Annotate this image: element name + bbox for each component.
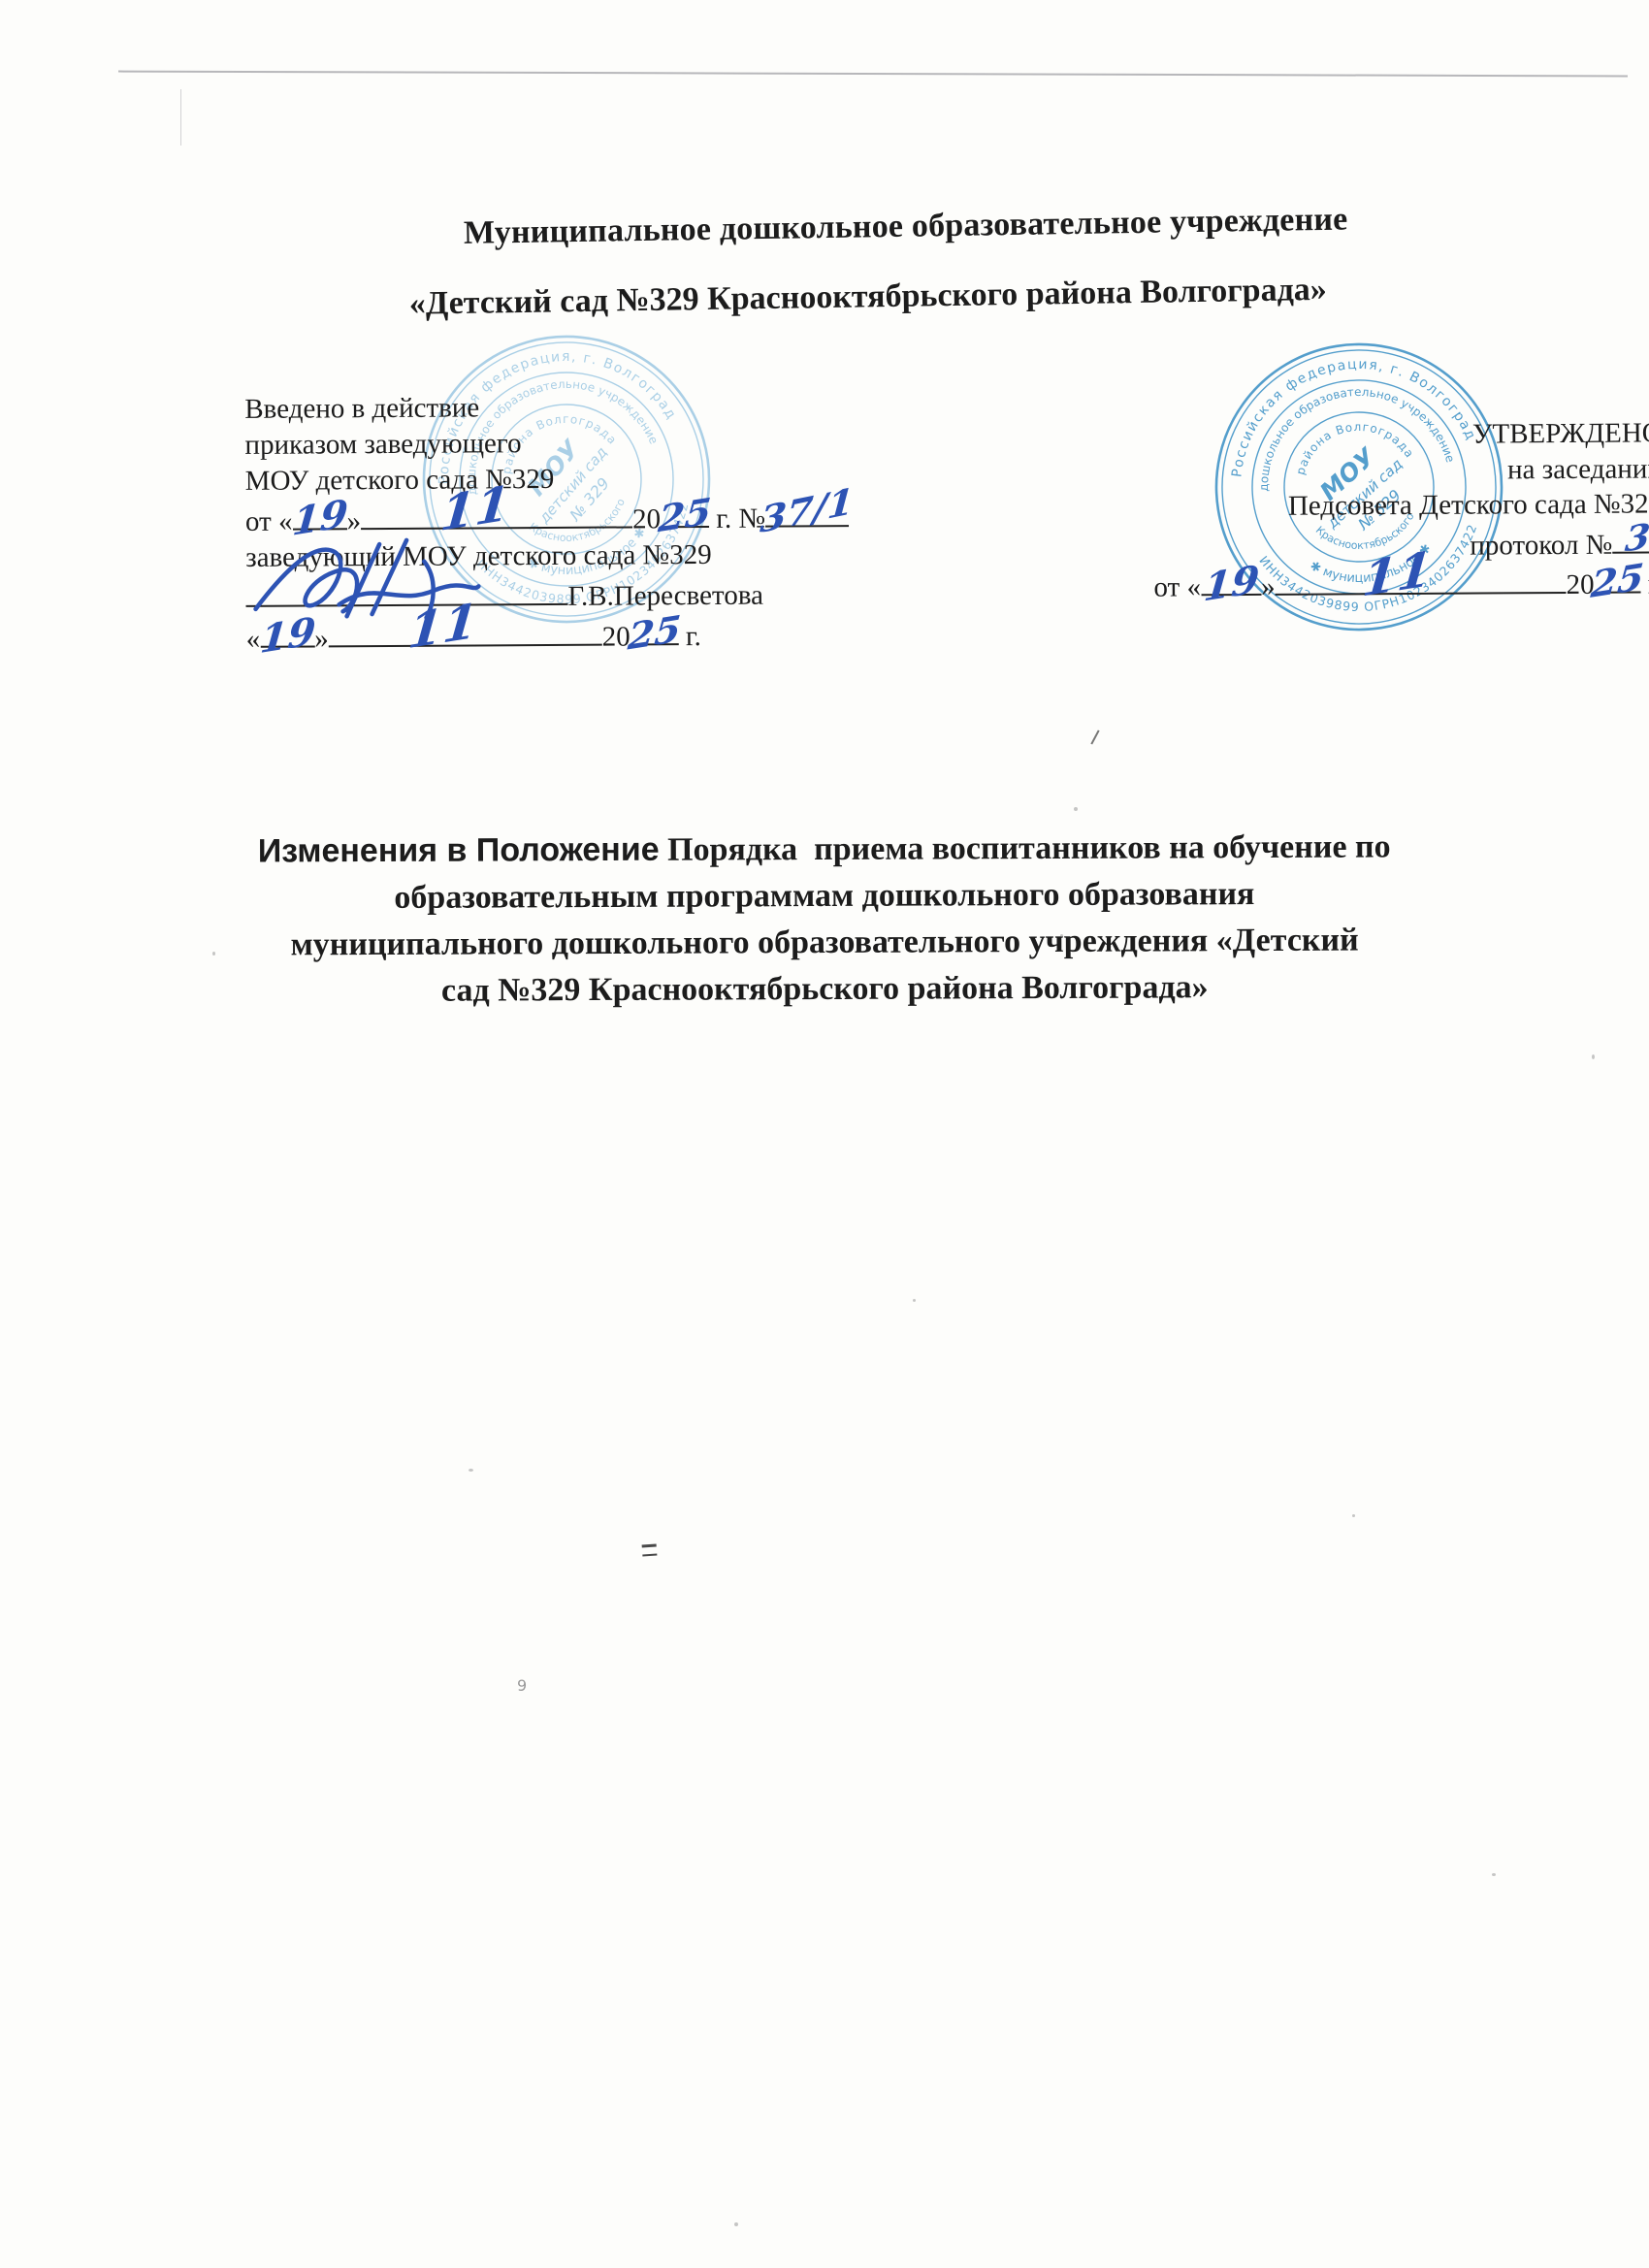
approval-block: УТВЕРЖДЕНО на заседании Педсовета Детско… bbox=[1152, 415, 1649, 605]
signature-blank bbox=[245, 574, 567, 607]
scan-speck bbox=[913, 1299, 916, 1302]
month-blank: 11 bbox=[1275, 563, 1566, 596]
document-title: Изменения в Положение Порядка приема вос… bbox=[10, 822, 1640, 1016]
handwritten-month: 11 bbox=[406, 597, 480, 656]
scan-speck bbox=[1352, 1514, 1355, 1517]
scan-speck bbox=[1060, 934, 1063, 937]
header-line2: «Детский сад №329 Краснооктябрьского рай… bbox=[63, 266, 1649, 328]
handwritten-year: 25 bbox=[1590, 559, 1645, 603]
scan-speck bbox=[212, 952, 215, 956]
day-blank: 19 bbox=[260, 616, 314, 647]
approval-line: Педсовета Детского сада №329 bbox=[1153, 486, 1649, 525]
signatory-name: Г.В.Пересветова bbox=[567, 580, 763, 612]
title-line3: муниципального дошкольного образовательн… bbox=[10, 916, 1639, 969]
handwritten-year: 25 bbox=[627, 610, 682, 655]
scan-speck bbox=[642, 1543, 658, 1556]
enactment-line: Введено в действие bbox=[244, 388, 848, 428]
order-number-blank: 37/1 bbox=[765, 496, 849, 528]
scan-speck bbox=[1592, 1054, 1595, 1059]
quote-close: » bbox=[314, 623, 329, 654]
scan-speck bbox=[1090, 729, 1099, 744]
title-line4: сад №329 Краснооктябрьского района Волго… bbox=[10, 962, 1639, 1016]
signature-line: Г.В.Пересветова bbox=[245, 572, 849, 617]
year-blank: 25 bbox=[1594, 563, 1640, 594]
year-blank: 25 bbox=[661, 497, 709, 528]
scan-speck bbox=[1074, 807, 1078, 811]
scan-speck bbox=[734, 2222, 738, 2226]
date-prefix: от « bbox=[1153, 571, 1201, 602]
day-blank: 19 bbox=[1201, 565, 1261, 596]
document-header: Муниципальное дошкольное образовательное… bbox=[0, 0, 1649, 13]
enactment-block: Введено в действие приказом заведующего … bbox=[244, 388, 850, 658]
scan-speck bbox=[1492, 1873, 1496, 1876]
handwritten-protocol-number: 3 bbox=[1624, 518, 1649, 557]
enactment-line: приказом заведующего bbox=[244, 424, 848, 464]
header-line1: Муниципальное дошкольное образовательное… bbox=[100, 196, 1649, 258]
title-line1-sans-segment: Изменения в Положение bbox=[258, 831, 660, 870]
year-blank: 25 bbox=[630, 614, 679, 645]
quote-close: » bbox=[1261, 571, 1276, 602]
quote-open: « bbox=[246, 624, 261, 655]
approval-line: на заседании bbox=[1152, 451, 1649, 490]
g-suffix: г. bbox=[679, 621, 701, 652]
protocol-number-blank: 3 bbox=[1612, 522, 1649, 553]
protocol-prefix: протокол № bbox=[1470, 529, 1612, 561]
handwritten-month: 11 bbox=[1360, 545, 1434, 604]
approval-date-line: от «19»112025 г. bbox=[1153, 562, 1649, 605]
title-line1-serif-segment: Порядка приема воспитанников на обучение… bbox=[660, 828, 1391, 867]
scanned-document-page: Муниципальное дошкольное образовательное… bbox=[0, 0, 1649, 2268]
title-line1: Изменения в Положение Порядка приема вос… bbox=[10, 822, 1639, 876]
month-blank: 11 bbox=[329, 615, 602, 648]
scan-speck: 9 bbox=[517, 1676, 527, 1695]
scan-artifact-line bbox=[118, 71, 1628, 78]
scan-artifact-dash bbox=[180, 89, 181, 146]
number-prefix: г. № bbox=[709, 503, 765, 535]
approval-heading: УТВЕРЖДЕНО bbox=[1152, 415, 1649, 454]
year-literal: 20 bbox=[632, 503, 661, 535]
handwritten-year: 25 bbox=[657, 493, 712, 537]
title-line2: образовательным программам дошкольного о… bbox=[10, 869, 1639, 923]
year-literal: 20 bbox=[602, 621, 630, 652]
signature-date-line: «19»112025 г. bbox=[246, 613, 850, 658]
scan-speck bbox=[469, 1469, 473, 1472]
handwritten-day: 19 bbox=[258, 612, 316, 660]
handwritten-day: 19 bbox=[1202, 561, 1260, 608]
